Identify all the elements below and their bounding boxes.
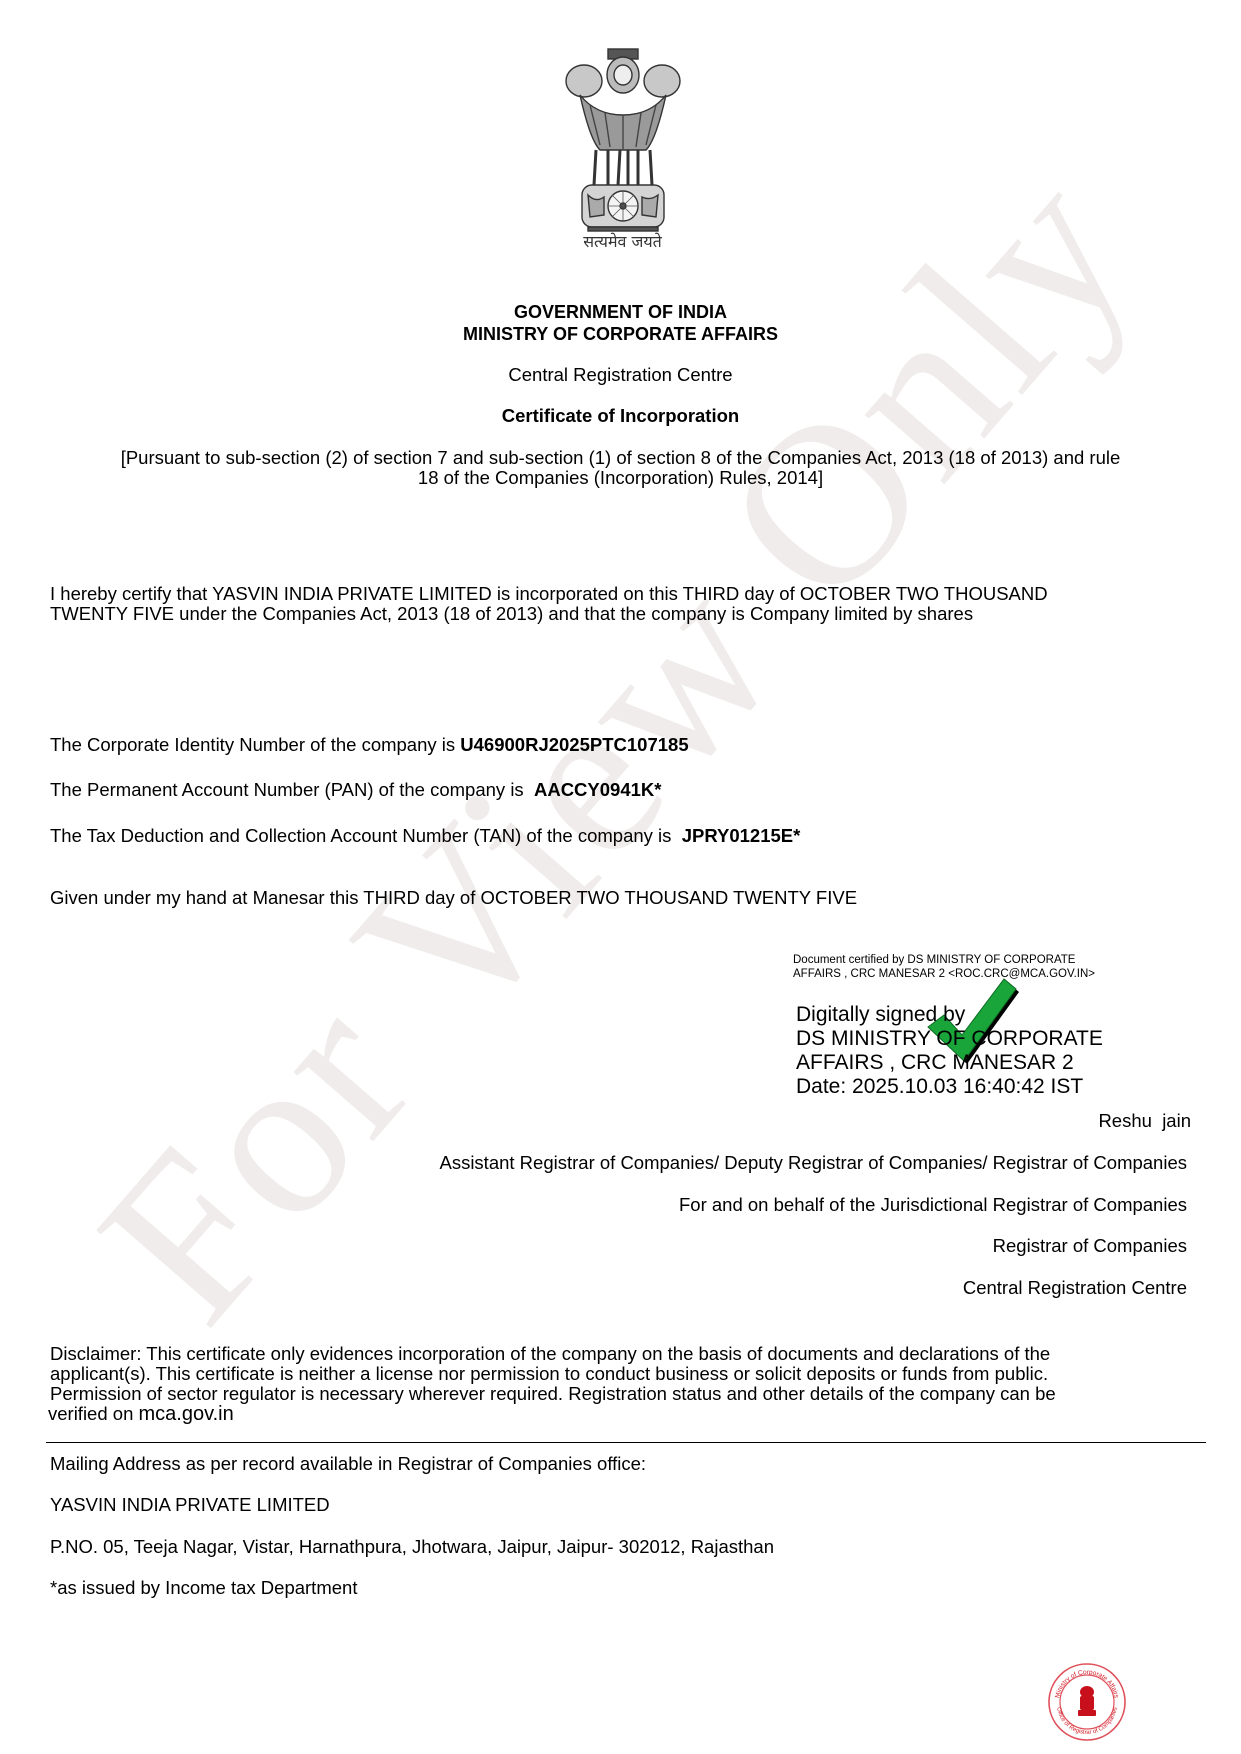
tan-value: JPRY01215E* [682,825,801,846]
tan-row: The Tax Deduction and Collection Account… [50,826,800,846]
mailing-company: YASVIN INDIA PRIVATE LIMITED [50,1495,330,1515]
signed-date: Date: 2025.10.03 16:40:42 IST [796,1075,1083,1099]
certify-line-1: I hereby certify that YASVIN INDIA PRIVA… [50,584,1048,604]
emblem-motto: सत्यमेव जयते [560,230,685,252]
pursuant-line-1: [Pursuant to sub-section (2) of section … [0,448,1241,468]
registrar-designation: Assistant Registrar of Companies/ Deputy… [439,1153,1187,1173]
disclaimer-line-1: Disclaimer: This certificate only eviden… [50,1344,1050,1364]
signed-line-1: Digitally signed by [796,1003,965,1027]
header-ministry: MINISTRY OF CORPORATE AFFAIRS [0,323,1241,345]
disclaimer-line-2: applicant(s). This certificate is neithe… [50,1364,1048,1384]
mca-link[interactable]: mca.gov.in [139,1403,234,1425]
footnote: *as issued by Income tax Department [50,1578,357,1598]
cin-row: The Corporate Identity Number of the com… [50,735,689,755]
pan-value: AACCY0941K* [534,779,662,800]
mailing-heading: Mailing Address as per record available … [50,1454,646,1474]
given-line: Given under my hand at Manesar this THIR… [50,888,857,908]
cin-value: U46900RJ2025PTC107185 [460,734,688,755]
signed-line-3: AFFAIRS , CRC MANESAR 2 [796,1051,1074,1075]
tan-label: The Tax Deduction and Collection Account… [50,825,677,846]
header-office: Central Registration Centre [0,364,1241,385]
disclaimer-line-3: Permission of sector regulator is necess… [50,1384,1056,1404]
disclaimer-line-4: verified on mca.gov.in [48,1404,234,1424]
mailing-address: P.NO. 05, Teeja Nagar, Vistar, Harnathpu… [50,1537,774,1557]
disclaimer-verified-prefix: verified on [48,1403,139,1424]
certificate-title: Certificate of Incorporation [0,405,1241,426]
header-government: GOVERNMENT OF INDIA [0,301,1241,323]
pursuant-line-2: 18 of the Companies (Incorporation) Rule… [0,468,1241,488]
registrar-name: Reshu jain [1098,1111,1191,1131]
cin-label: The Corporate Identity Number of the com… [50,734,460,755]
ministry-seal-icon: Ministry of Corporate Affairs Office of … [1047,1662,1127,1742]
divider [46,1442,1206,1443]
certify-line-2: TWENTY FIVE under the Companies Act, 201… [50,604,973,624]
national-emblem-icon [560,45,685,255]
certified-by-line-1: Document certified by DS MINISTRY OF COR… [793,953,1075,967]
pan-row: The Permanent Account Number (PAN) of th… [50,780,661,800]
signed-line-2: DS MINISTRY OF CORPORATE [796,1027,1103,1051]
pan-label: The Permanent Account Number (PAN) of th… [50,779,529,800]
registrar-behalf: For and on behalf of the Jurisdictional … [679,1195,1187,1215]
registrar-office: Registrar of Companies [993,1236,1187,1256]
registrar-centre: Central Registration Centre [963,1278,1187,1298]
